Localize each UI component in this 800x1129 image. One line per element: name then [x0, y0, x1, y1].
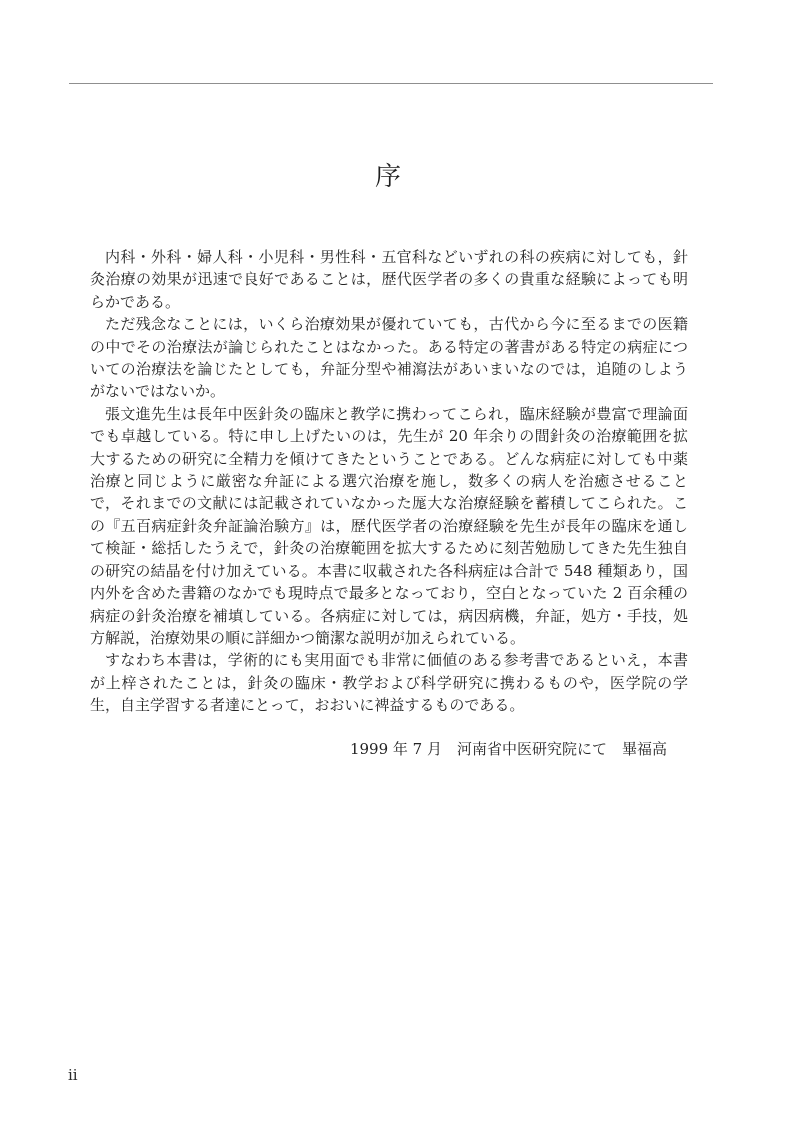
page-title: 序 [90, 156, 688, 193]
signature-line: 1999 年 7 月 河南省中医研究院にて 畢福高 [90, 738, 688, 760]
page-number: ii [68, 1066, 78, 1084]
paragraph-1: 内科・外科・婦人科・小児科・男性科・五官科などいずれの科の疾病に対しても，針灸治… [90, 246, 688, 313]
paragraph-2: ただ残念なことには，いくら治療効果が優れていても，古代から今に至るまでの医籍の中… [90, 313, 688, 403]
top-rule [69, 83, 713, 84]
preface-body: 内科・外科・婦人科・小児科・男性科・五官科などいずれの科の疾病に対しても，針灸治… [90, 246, 688, 760]
paragraph-4: すなわち本書は，学術的にも実用面でも非常に価値のある参考書であるといえ，本書が上… [90, 649, 688, 716]
paragraph-3: 張文進先生は長年中医針灸の臨床と教学に携わってこられ，臨床経験が豊富で理論面でも… [90, 403, 688, 649]
book-page: 序 内科・外科・婦人科・小児科・男性科・五官科などいずれの科の疾病に対しても，針… [0, 0, 800, 1129]
